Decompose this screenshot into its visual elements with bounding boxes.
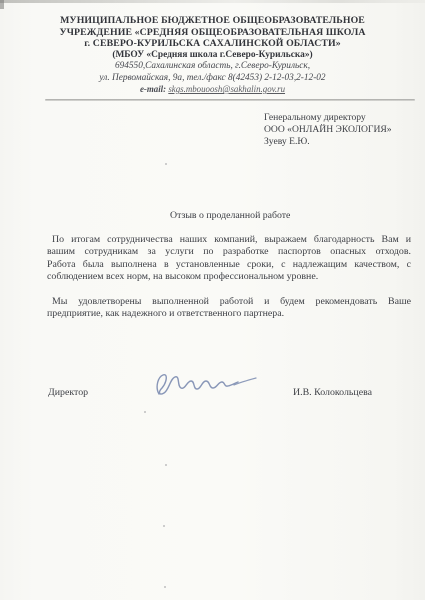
- body-line: Мы удовлетворены выполненной работой и б…: [47, 296, 411, 308]
- scan-dot-artifact: [163, 525, 165, 527]
- recipient-position: Генеральному директору: [264, 112, 392, 124]
- handwritten-signature: [150, 369, 260, 403]
- recipient-company: ООО «ОНЛАЙН ЭКОЛОГИЯ»: [264, 124, 392, 136]
- body-paragraph-2: Мы удовлетворены выполненной работой и б…: [47, 296, 411, 321]
- body-line: соблюдением всех норм, на высоком профес…: [47, 271, 411, 283]
- body-line: предприятие, как надежного и ответственн…: [47, 308, 411, 320]
- document-title: Отзыв о проделанной работе: [170, 210, 290, 221]
- email-label: e-mail:: [140, 84, 166, 94]
- body-line: По итогам сотрудничества наших компаний,…: [47, 234, 411, 246]
- signer-name: И.В. Колокольцева: [293, 387, 372, 398]
- scan-dot-artifact: [165, 163, 167, 165]
- body-line: вашим сотрудникам за услуги по разработк…: [47, 246, 411, 258]
- body-paragraph-1: По итогам сотрудничества наших компаний,…: [47, 234, 411, 284]
- recipient-block: Генеральному директору ООО «ОНЛАЙН ЭКОЛО…: [264, 112, 392, 149]
- body-line: Работа была выполнена в установленные ср…: [47, 259, 411, 271]
- scan-dot-artifact: [144, 411, 146, 413]
- recipient-person: Зуеву Е.Ю.: [264, 136, 392, 148]
- org-phone-line: ул. Первомайская, 9а, тел./факс 8(42453)…: [0, 73, 425, 84]
- scan-edge-artifact: [0, 0, 425, 3]
- org-short-name: (МБОУ «Средняя школа г.Северо-Курильска»…: [0, 50, 425, 62]
- scan-corner-artifact: [0, 0, 4, 9]
- org-name-line-3: г. СЕВЕРО-КУРИЛЬСКА САХАЛИНСКОЙ ОБЛАСТИ»: [0, 38, 425, 50]
- scanned-letter-page: МУНИЦИПАЛЬНОЕ БЮДЖЕТНОЕ ОБЩЕОБРАЗОВАТЕЛЬ…: [0, 0, 425, 600]
- scan-dot-artifact: [164, 586, 166, 588]
- letterhead-divider: [45, 99, 415, 101]
- letterhead: МУНИЦИПАЛЬНОЕ БЮДЖЕТНОЕ ОБЩЕОБРАЗОВАТЕЛЬ…: [0, 15, 425, 95]
- org-name-line-1: МУНИЦИПАЛЬНОЕ БЮДЖЕТНОЕ ОБЩЕОБРАЗОВАТЕЛЬ…: [0, 15, 425, 27]
- scan-dot-artifact: [165, 464, 167, 466]
- email-address: skgs.mbouoosh@sakhalin.gov.ru: [168, 84, 285, 94]
- org-name-line-2: УЧРЕЖДЕНИЕ «СРЕДНЯЯ ОБЩЕОБРАЗОВАТЕЛЬНАЯ …: [0, 27, 425, 39]
- org-postal-address: 694550,Сахалинская область, г.Северо-Кур…: [0, 61, 425, 72]
- signer-role: Директор: [48, 387, 88, 398]
- org-email-line: e-mail: skgs.mbouoosh@sakhalin.gov.ru: [0, 84, 425, 95]
